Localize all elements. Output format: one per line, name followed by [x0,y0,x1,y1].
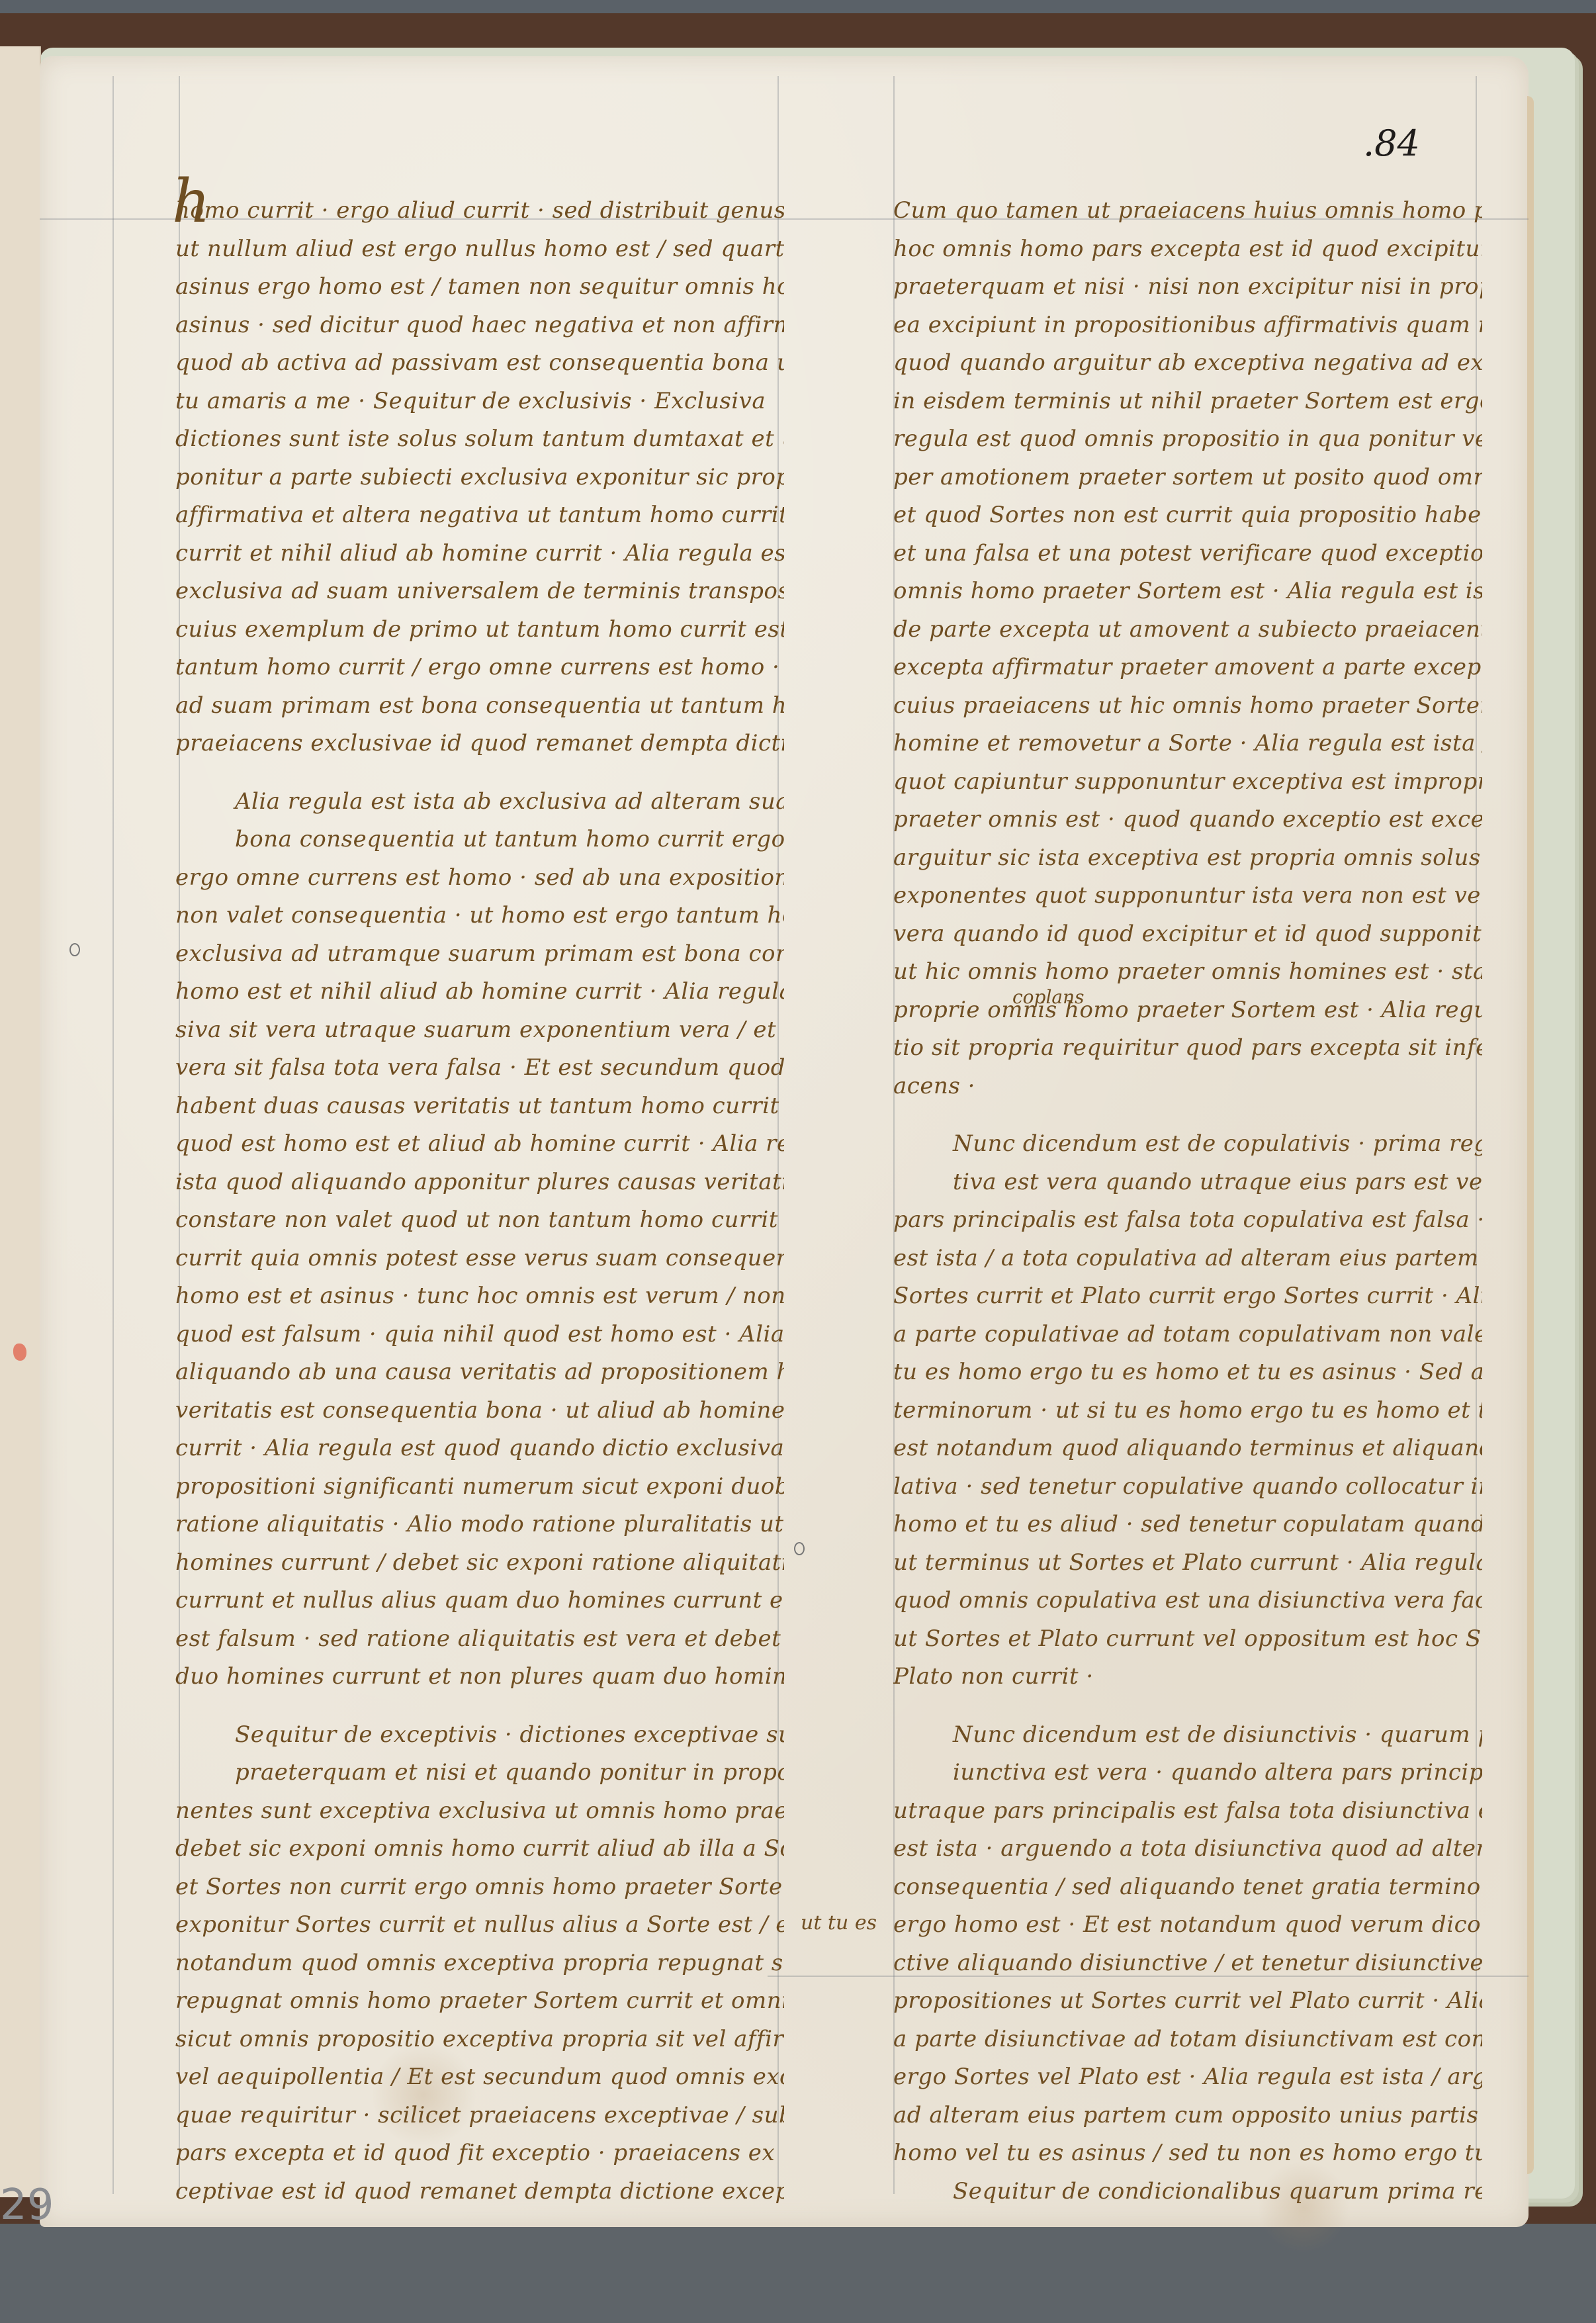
text-line: bona consequentia ut tantum homo currit … [175,821,784,859]
text-line: ut Sortes et Plato currunt vel oppositum… [893,1620,1482,1659]
text-line: currunt et nullus alius quam duo homines… [175,1582,784,1620]
paragraph-gap [175,763,784,783]
text-line: sicut omnis propositio exceptiva propria… [175,2021,784,2059]
text-line: homo vel tu es asinus / sed tu non es ho… [893,2134,1482,2173]
text-line: homo et tu es aliud · sed tenetur copula… [893,1506,1482,1544]
text-line: affirmativa et altera negativa ut tantum… [175,496,784,535]
text-line: consequentia / sed aliquando tenet grati… [893,1868,1482,1907]
text-line: propositioni significanti numerum sicut … [175,1468,784,1506]
pencil-number: 29 [0,2181,54,2230]
text-line: Sortes currit et Plato currit ergo Sorte… [893,1277,1482,1316]
text-line: omnis homo praeter Sortem est · Alia reg… [893,572,1482,611]
text-line: pars excepta et id quod fit exceptio · p… [175,2134,784,2173]
text-line: debet sic exponi omnis homo currit aliud… [175,1830,784,1868]
gutter-dot [794,1542,805,1555]
text-line: habent duas causas veritatis ut tantum h… [175,1087,784,1126]
section-heading-copulatives: Nunc dicendum est de copulativis · prima… [893,1125,1482,1163]
left-column: homo currit · ergo aliud currit · sed di… [175,192,784,2210]
text-line: tu es homo ergo tu es homo et tu es asin… [893,1353,1482,1392]
text-line: praeterquam et nisi et quando ponitur in… [175,1754,784,1792]
text-line: ceptivae est id quod remanet dempta dict… [175,2173,784,2211]
text-line: dictiones sunt iste solus solum tantum d… [175,420,784,459]
text-line: est falsum · sed ratione aliquitatis est… [175,1620,784,1659]
text-line: ut nullum aliud est ergo nullus homo est… [175,230,784,269]
text-line: vera quando id quod excipitur et id quod… [893,915,1482,954]
text-line: et Sortes non currit ergo omnis homo pra… [175,1868,784,1907]
text-line: et una falsa et una potest verificare qu… [893,535,1482,573]
text-line: ergo omne currens est homo · sed ab una … [175,859,784,897]
text-line: iunctiva est vera · quando altera pars p… [893,1754,1482,1792]
text-line: est ista · arguendo a tota disiunctiva q… [893,1830,1482,1868]
text-line: homines currunt / debet sic exponi ratio… [175,1544,784,1582]
text-line: terminorum · ut si tu es homo ergo tu es… [893,1392,1482,1430]
text-line: ista quod aliquando apponitur plures cau… [175,1163,784,1202]
text-line: utraque pars principalis est falsa tota … [893,1792,1482,1831]
text-line: quod est falsum · quia nihil quod est ho… [175,1316,784,1354]
text-line: constare non valet quod ut non tantum ho… [175,1201,784,1240]
page-fore-edge [1527,96,1534,2174]
text-line: ut hic omnis homo praeter omnis homines … [893,953,1482,991]
text-line: pars principalis est falsa tota copulati… [893,1201,1482,1240]
text-line: quod quando arguitur ab exceptiva negati… [893,344,1482,383]
text-line: exponitur Sortes currit et nullus alius … [175,1906,784,1944]
paragraph-gap [175,1696,784,1716]
text-line: homo currit · ergo aliud currit · sed di… [175,192,784,230]
text-line: Cum quo tamen ut praeiacens huius omnis … [893,192,1482,230]
text-line: aliquando ab una causa veritatis ad prop… [175,1353,784,1392]
text-line: asinus · sed dicitur quod haec negativa … [175,306,784,345]
text-line: ea excipiunt in propositionibus affirmat… [893,306,1482,345]
text-line: lativa · sed tenetur copulative quando c… [893,1468,1482,1506]
text-line: cuius praeiacens ut hic omnis homo praet… [893,687,1482,725]
text-line: veritatis est consequentia bona · ut ali… [175,1392,784,1430]
text-line: tu amaris a me · Sequitur de exclusivis … [175,383,784,421]
text-line: per amotionem praeter sortem ut posito q… [893,459,1482,497]
text-line: quot capiuntur supponuntur exceptiva est… [893,763,1482,801]
ruling-line-left-outer [112,76,114,2194]
manuscript-folio: .84 29 h homo currit · ergo aliud currit… [40,56,1529,2227]
text-line: exclusiva ad utramque suarum primam est … [175,935,784,974]
text-line: quod omnis copulativa est una disiunctiv… [893,1582,1482,1620]
text-line: vera sit falsa tota vera falsa · Et est … [175,1049,784,1087]
text-line: praeiacens exclusivae id quod remanet de… [175,725,784,763]
text-line: est ista / a tota copulativa ad alteram … [893,1240,1482,1278]
folio-number: .84 [1363,122,1420,164]
text-line: praeter omnis est · quod quando exceptio… [893,801,1482,839]
text-line: currit et nihil aliud ab homine currit ·… [175,535,784,573]
text-line: praeterquam et nisi · nisi non excipitur… [893,268,1482,306]
scanner-backdrop [0,2224,1596,2323]
text-line: tio sit propria requiritur quod pars exc… [893,1029,1482,1068]
text-line: ergo Sortes vel Plato est · Alia regula … [893,2058,1482,2097]
right-column: Cum quo tamen ut praeiacens huius omnis … [893,192,1482,2210]
text-line: quod est homo est et aliud ab homine cur… [175,1125,784,1163]
text-line: duo homines currunt et non plures quam d… [175,1658,784,1696]
text-line: vel aequipollentia / Et est secundum quo… [175,2058,784,2097]
text-line: ad alteram eius partem cum opposito uniu… [893,2097,1482,2135]
text-line: homo est et asinus · tunc hoc omnis est … [175,1277,784,1316]
text-line: excepta affirmatur praeter amovent a par… [893,649,1482,687]
red-ink-mark [13,1344,26,1361]
text-line: regula est quod omnis propositio in qua … [893,420,1482,459]
text-line: ratione aliquitatis · Alio modo ratione … [175,1506,784,1544]
text-line: a parte disiunctivae ad totam disiunctiv… [893,2021,1482,2059]
interlinear-correction: coplans [1012,986,1085,1008]
text-line: tiva est vera quando utraque eius pars e… [893,1163,1482,1202]
text-line: exponentes quot supponuntur ista vera no… [893,877,1482,915]
text-line: notandum quod omnis exceptiva propria re… [175,1944,784,1983]
text-line: currit quia omnis potest esse verus suam… [175,1240,784,1278]
text-line: acens · [893,1068,1482,1106]
text-line: nentes sunt exceptiva exclusiva ut omnis… [175,1792,784,1831]
text-line: est notandum quod aliquando terminus et … [893,1430,1482,1468]
text-line: ctive aliquando disiunctive / et tenetur… [893,1944,1482,1983]
text-line: siva sit vera utraque suarum exponentium… [175,1011,784,1050]
margin-line-prefix: ut tu es [801,1911,877,1935]
text-line: asinus ergo homo est / tamen non sequitu… [175,268,784,306]
section-heading-conditionals: Sequitur de condicionalibus quarum prima… [893,2173,1482,2211]
text-line: a parte copulativae ad totam copulativam… [893,1316,1482,1354]
text-line: quae requiritur · scilicet praeiacens ex… [175,2097,784,2135]
text-line: proprie omnis homo praeter Sortem est · … [893,991,1482,1030]
text-line: et quod Sortes non est currit quia propo… [893,496,1482,535]
text-line: arguitur sic ista exceptiva est propria … [893,839,1482,878]
text-line: de parte excepta ut amovent a subiecto p… [893,611,1482,649]
margin-dot [69,943,80,956]
text-line: ergo homo est · Et est notandum quod ver… [893,1906,1482,1944]
paragraph-gap [893,1105,1482,1125]
paragraph-gap [893,1696,1482,1716]
text-line: Alia regula est ista ab exclusiva ad alt… [175,783,784,821]
text-line: propositiones ut Sortes currit vel Plato… [893,1982,1482,2021]
text-line: ut terminus ut Sortes et Plato currunt ·… [893,1544,1482,1582]
text-line: non valet consequentia · ut homo est erg… [175,897,784,935]
text-line: ad suam primam est bona consequentia ut … [175,687,784,725]
text-line: ponitur a parte subiecti exclusiva expon… [175,459,784,497]
text-line: homine et removetur a Sorte · Alia regul… [893,725,1482,763]
facing-page-edge [0,46,41,2197]
text-line: Plato non currit · [893,1658,1482,1696]
section-heading-disjunctives: Nunc dicendum est de disiunctivis · quar… [893,1716,1482,1754]
text-line: repugnat omnis homo praeter Sortem curri… [175,1982,784,2021]
text-line: exclusiva ad suam universalem de termini… [175,572,784,611]
text-line: hoc omnis homo pars excepta est id quod … [893,230,1482,269]
text-line: cuius exemplum de primo ut tantum homo c… [175,611,784,649]
text-line: tantum homo currit / ergo omne currens e… [175,649,784,687]
section-heading-exceptives: Sequitur de exceptivis · dictiones excep… [175,1716,784,1754]
text-line: homo est et nihil aliud ab homine currit… [175,973,784,1011]
text-line: currit · Alia regula est quod quando dic… [175,1430,784,1468]
text-line: in eisdem terminis ut nihil praeter Sort… [893,383,1482,421]
text-line: quod ab activa ad passivam est consequen… [175,344,784,383]
